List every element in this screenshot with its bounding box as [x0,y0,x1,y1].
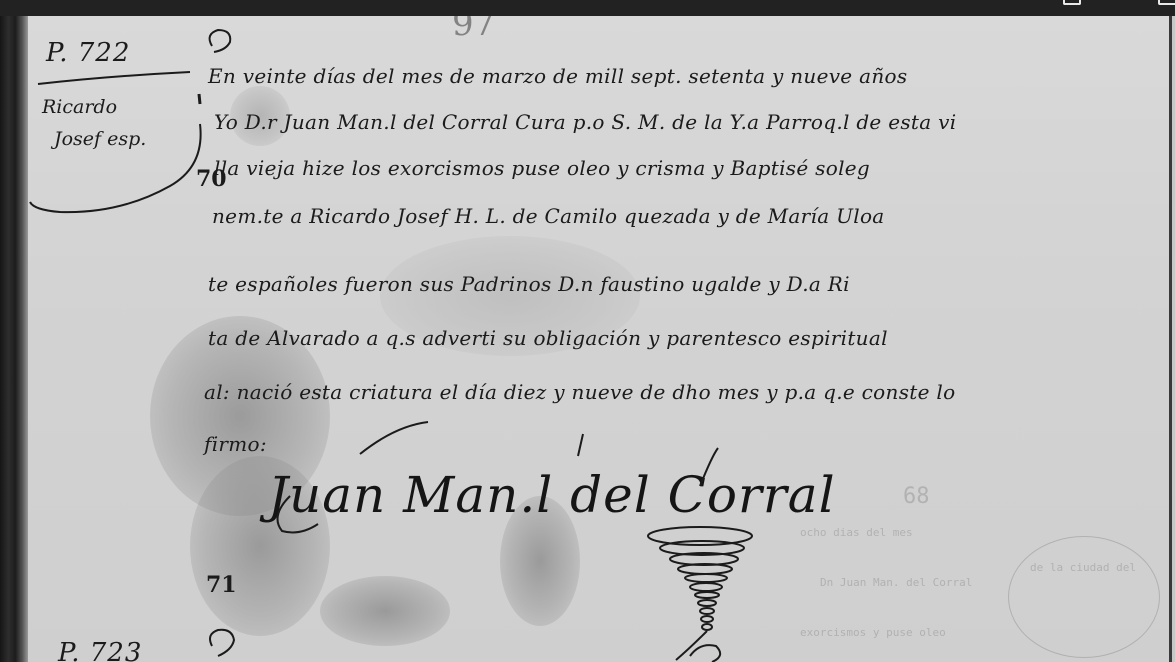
ink-strokes [0,16,1175,662]
manuscript-page: 68 ocho dias del mes Dn Juan Man. del Co… [0,16,1175,662]
viewer-toolbar [0,0,1175,16]
window-restore-icon[interactable] [1063,0,1081,5]
window-edge-icon[interactable] [1158,0,1175,5]
signature-rubric [648,527,752,662]
